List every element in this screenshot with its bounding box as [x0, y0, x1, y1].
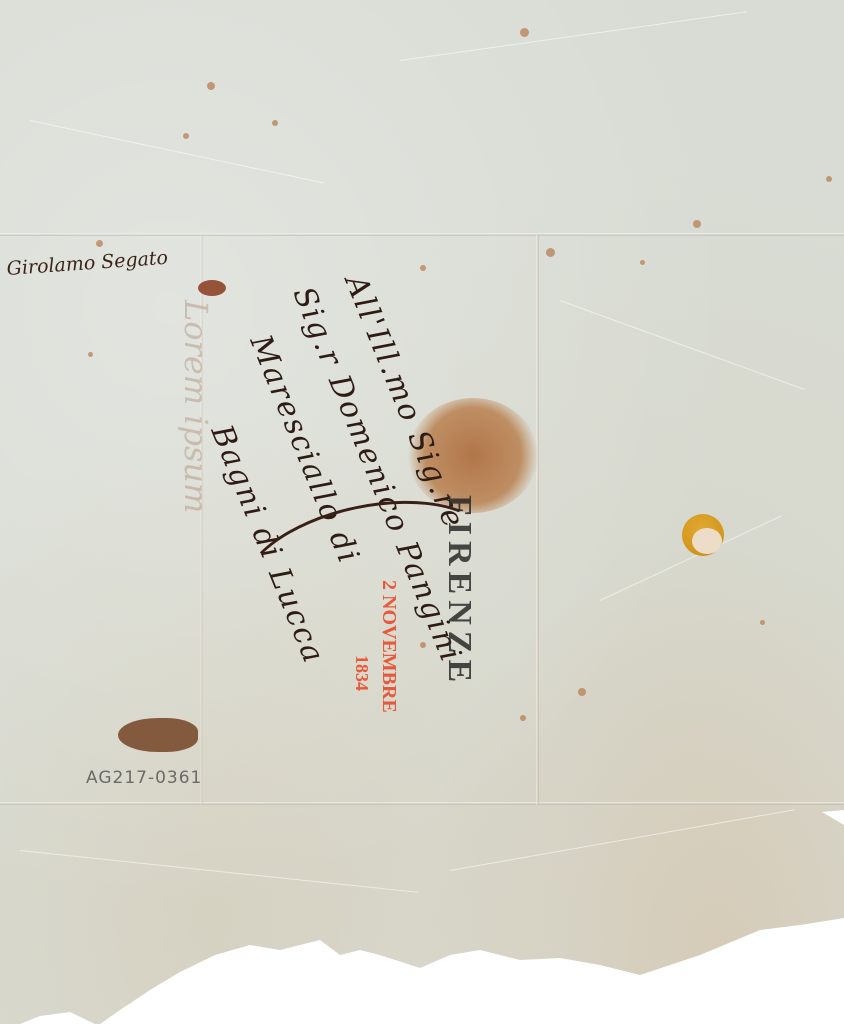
foxing-spot [760, 620, 765, 625]
foxing-spot [420, 265, 426, 271]
foxing-spot [520, 715, 526, 721]
wax-seal-worn-area [692, 528, 722, 554]
crease [400, 11, 747, 61]
foxing-spot [272, 120, 278, 126]
foxing-spot [640, 260, 645, 265]
town-postmark: FIRENZE [440, 495, 478, 688]
foxing-spot [546, 248, 555, 257]
crease [560, 300, 805, 390]
foxing-spot [578, 688, 586, 696]
sender-name-note: Girolamo Segato [6, 247, 169, 280]
crease [20, 850, 418, 893]
letter-sheet: Girolamo Segato Lorem ipsum All'Ill.mo S… [0, 0, 844, 1024]
foxing-spot [207, 82, 215, 90]
foxing-spot [96, 240, 103, 247]
horizontal-fold-bottom [0, 802, 844, 805]
foxing-spot [183, 133, 189, 139]
ink-blot [118, 718, 198, 752]
crease [30, 120, 324, 183]
date-postmark-year: 1834 [351, 655, 372, 691]
date-postmark-day: 2 NOVEMBRE [377, 580, 400, 713]
foxing-spot [693, 220, 701, 228]
vertical-fold [536, 235, 539, 805]
foxing-spot [88, 352, 93, 357]
foxing-spot [520, 28, 529, 37]
wax-seal-remnant [682, 514, 724, 556]
ink-blot [198, 280, 226, 296]
horizontal-fold-top [0, 233, 844, 236]
foxing-spot [826, 176, 832, 182]
archive-pencil-note: AG217-0361 [86, 768, 202, 788]
crease [450, 809, 795, 871]
